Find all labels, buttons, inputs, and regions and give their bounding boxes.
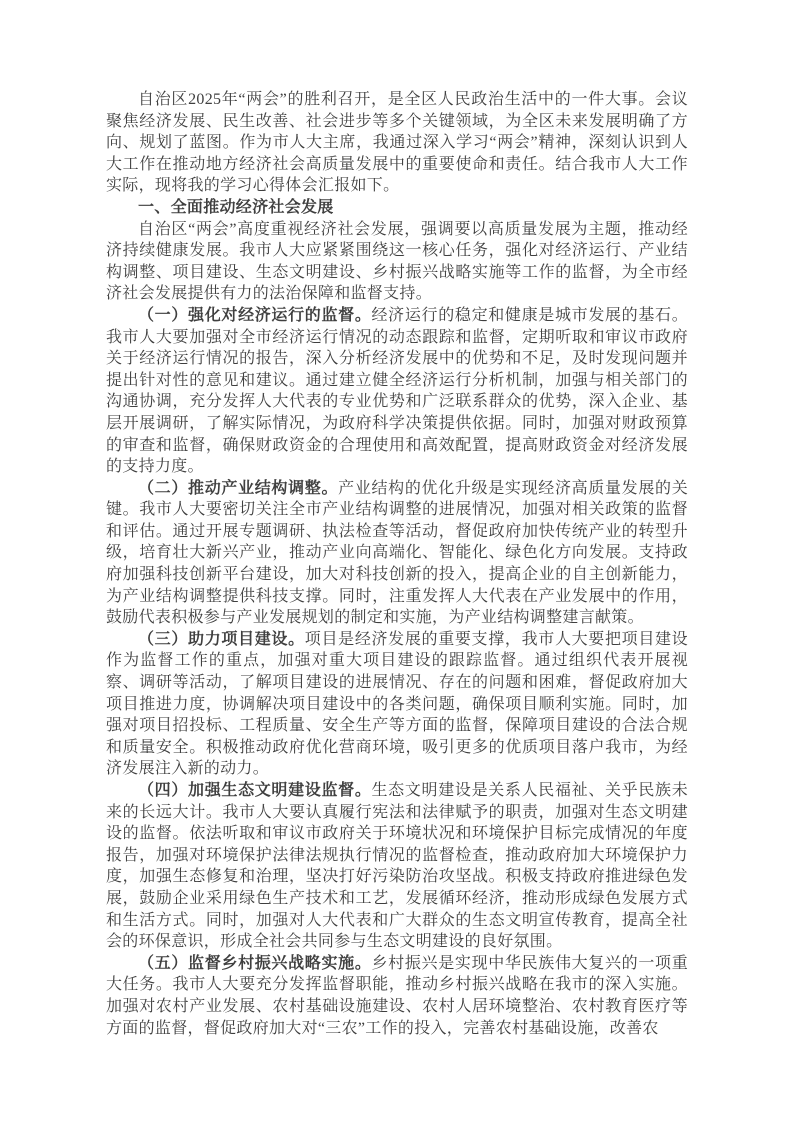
subsection-1-paragraph: （一）强化对经济运行的监督。经济运行的稳定和健康是城市发展的基石。我市人大要加强…	[106, 305, 688, 478]
subsection-2-paragraph: （二）推动产业结构调整。产业结构的优化升级是实现经济高质量发展的关键。我市人大要…	[106, 478, 688, 629]
section-heading-economy: 一、全面推动经济社会发展	[106, 197, 688, 219]
intro-paragraph-text: 自治区2025年“两会”的胜利召开，是全区人民政治生活中的一件大事。会议聚焦经济…	[106, 91, 688, 194]
subsection-3-paragraph: （三）助力项目建设。项目是经济发展的重要支撑，我市人大要把项目建设作为监督工作的…	[106, 629, 688, 780]
intro-paragraph: 自治区2025年“两会”的胜利召开，是全区人民政治生活中的一件大事。会议聚焦经济…	[106, 89, 688, 197]
subsection-4-paragraph: （四）加强生态文明建设监督。生态文明建设是关系人民福祉、关乎民族未来的长远大计。…	[106, 780, 688, 953]
subsection-3-lead: （三）助力项目建设。	[138, 631, 305, 648]
subsection-2-text: 产业结构的优化升级是实现经济高质量发展的关键。我市人大要密切关注全市产业结构调整…	[106, 480, 688, 627]
subsection-4-lead: （四）加强生态文明建设监督。	[138, 782, 372, 799]
section-heading-text: 一、全面推动经济社会发展	[138, 199, 334, 216]
section-overview-text: 自治区“两会”高度重视经济社会发展，强调要以高质量发展为主题，推动经济持续健康发…	[106, 221, 688, 303]
subsection-1-text: 经济运行的稳定和健康是城市发展的基石。我市人大要加强对全市经济运行情况的动态跟踪…	[106, 307, 688, 475]
document-body: 自治区2025年“两会”的胜利召开，是全区人民政治生活中的一件大事。会议聚焦经济…	[106, 89, 688, 1039]
section-overview-paragraph: 自治区“两会”高度重视经济社会发展，强调要以高质量发展为主题，推动经济持续健康发…	[106, 219, 688, 305]
subsection-4-text: 生态文明建设是关系人民福祉、关乎民族未来的长远大计。我市人大要认真履行宪法和法律…	[106, 782, 688, 950]
subsection-2-lead: （二）推动产业结构调整。	[138, 480, 338, 497]
subsection-5-paragraph: （五）监督乡村振兴战略实施。乡村振兴是实现中华民族伟大复兴的一项重大任务。我市人…	[106, 953, 688, 1039]
subsection-5-lead: （五）监督乡村振兴战略实施。	[138, 955, 372, 972]
subsection-3-text: 项目是经济发展的重要支撑，我市人大要把项目建设作为监督工作的重点，加强对重大项目…	[106, 631, 688, 778]
subsection-1-lead: （一）强化对经济运行的监督。	[138, 307, 372, 324]
document-page: 自治区2025年“两会”的胜利召开，是全区人民政治生活中的一件大事。会议聚焦经济…	[0, 0, 793, 1122]
